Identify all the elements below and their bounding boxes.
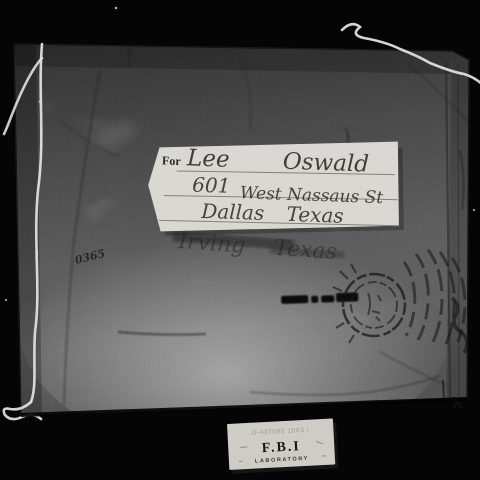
evidence-photograph: For Lee Oswald 601 West Nassaus St Dalla… [0,0,480,480]
evidence-photo-frame: For Lee Oswald 601 West Nassaus St Dalla… [0,0,480,480]
photo-grain-overlay [0,0,480,480]
